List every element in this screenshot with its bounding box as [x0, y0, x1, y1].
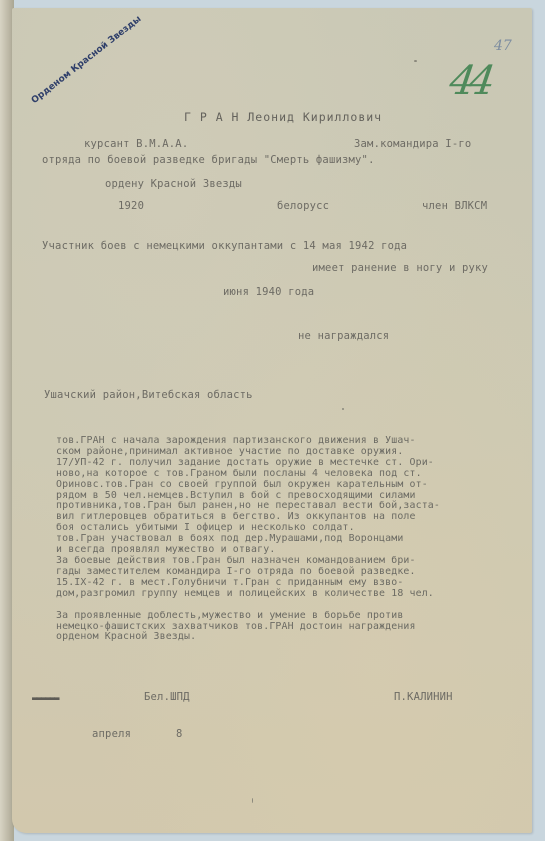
- paper-speck: [252, 798, 253, 803]
- person-name: Г Р А Н Леонид Кириллович: [184, 110, 382, 124]
- archive-number-small: 47: [494, 38, 512, 54]
- archive-number-handwritten: 44: [447, 58, 492, 104]
- paper-speck: [342, 408, 344, 410]
- award-stamp: Орденом Красной Звезды: [30, 14, 144, 106]
- birth-year: 1920: [118, 200, 144, 212]
- award-name: ордену Красной Звезды: [105, 178, 242, 190]
- nationality: белорусс: [277, 200, 329, 212]
- paper-speck: [414, 60, 417, 62]
- wounds: имеет ранение в ногу и руку: [312, 262, 488, 274]
- home-address: Ушачский район,Витебская область: [44, 389, 253, 401]
- date-day: 8: [176, 728, 183, 740]
- document-page: Орденом Красной Звезды 47 44 Г Р А Н Лео…: [12, 8, 532, 833]
- citation-line: Ориновс.тов.Гран со своей группой был ок…: [56, 480, 506, 491]
- citation-gap: [56, 600, 506, 611]
- combat-participation: Участник боев с немецкими оккупантами с …: [42, 240, 407, 252]
- position-unit: отряда по боевой разведке бригады "Смерт…: [42, 154, 375, 166]
- date-month: апреля: [92, 728, 131, 740]
- party-membership: член ВЛКСМ: [422, 200, 487, 212]
- rank: курсант В.М.А.А.: [84, 138, 188, 150]
- position: Зам.командира I-го: [354, 138, 471, 150]
- signature-organization: Бел.ШПД: [144, 691, 190, 703]
- citation-text: тов.ГРАН с начала зарождения партизанско…: [56, 436, 506, 643]
- service-since: июня 1940 года: [223, 286, 314, 298]
- citation-line: За проявленные доблесть,мужество и умени…: [56, 611, 506, 622]
- redacted-signature-title: ▬▬▬▬▬▬: [32, 694, 59, 704]
- citation-line: орденом Красной Звезды.: [56, 632, 506, 643]
- previous-awards: не награждался: [298, 330, 389, 342]
- signature-name: П.КАЛИНИН: [394, 691, 453, 703]
- citation-line: дом,разгромил группу немцев и полицейски…: [56, 589, 506, 600]
- citation-line: ново,на которое с тов.Граном были послан…: [56, 469, 506, 480]
